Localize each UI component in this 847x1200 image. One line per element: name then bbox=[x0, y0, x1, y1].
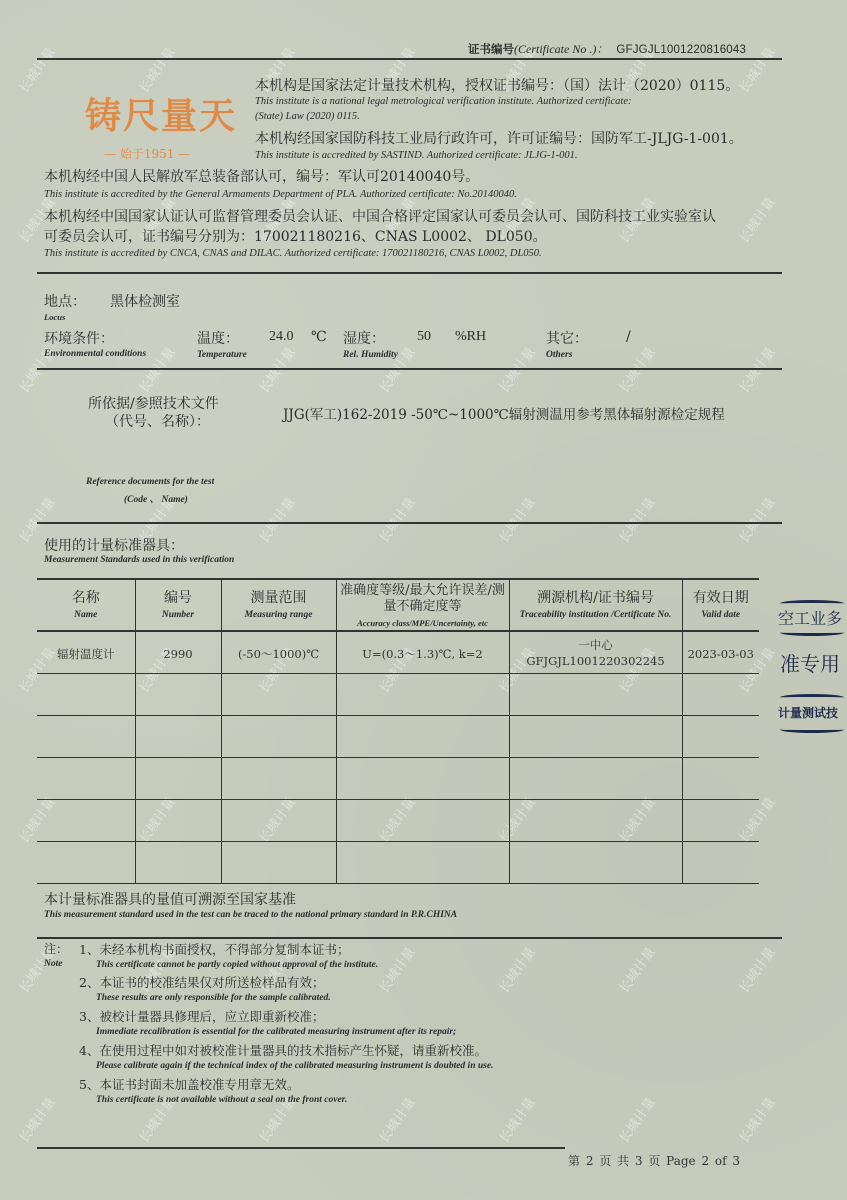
empty-cell bbox=[336, 842, 509, 884]
env-label-en: Environmental conditions bbox=[44, 349, 146, 359]
note-item: 5、本证书封面未加盖校准专用章无效。 bbox=[79, 1075, 299, 1093]
certificate-number-value: GFJGJL1001220816043 bbox=[616, 44, 746, 56]
watermark-text: 长城计量 bbox=[613, 1093, 658, 1147]
note-item: 3、被校计量器具修理后，应立即重新校准； bbox=[79, 1007, 324, 1025]
watermark-text: 长城计量 bbox=[733, 943, 778, 997]
seal-arc bbox=[780, 726, 844, 733]
others-value: / bbox=[626, 329, 631, 345]
cell-valid: 2023-03-03 bbox=[682, 631, 759, 674]
empty-cell bbox=[509, 716, 682, 758]
watermark-text: 长城计量 bbox=[373, 1093, 418, 1147]
accreditation-line3-cn: 本机构经中国人民解放军总装备部认可，编号：军认可20140040号。 bbox=[44, 166, 479, 186]
column-header-cn: 编号 bbox=[136, 590, 221, 607]
humidity-label: 湿度： bbox=[343, 328, 385, 348]
column-header-cn: 准确度等级/最大允许误差/测量不确定度等 bbox=[337, 583, 509, 615]
temperature-unit: ℃ bbox=[311, 329, 327, 345]
table-row-empty bbox=[37, 758, 759, 800]
calibration-seal: 空工业多 准专用 计量测试技 bbox=[778, 598, 847, 738]
accreditation-line1-en-a: This institute is a national legal metro… bbox=[255, 96, 632, 107]
watermark-text: 长城计量 bbox=[13, 1093, 58, 1147]
column-header-en: Accuracy class/MPE/Uncertainty, etc bbox=[337, 618, 509, 628]
certificate-label-en: (Certificate No .)： bbox=[514, 42, 608, 56]
table-header-row: 名称Name编号Number测量范围Measuring range准确度等级/最… bbox=[37, 579, 759, 631]
watermark-text: 长城计量 bbox=[613, 493, 658, 547]
seal-text-middle: 准专用 bbox=[780, 648, 840, 677]
empty-cell bbox=[682, 758, 759, 800]
accreditation-line1-cn: 本机构是国家法定计量技术机构，授权证书编号：（国）法计（2020）0115。 bbox=[255, 75, 739, 95]
header-divider bbox=[37, 58, 782, 60]
cell-number: 2990 bbox=[135, 631, 221, 674]
accreditation-line4-cn-a: 本机构经中国国家认证认可监督管理委员会认证、中国合格评定国家认可委员会认可、国防… bbox=[44, 206, 716, 226]
empty-cell bbox=[135, 674, 221, 716]
column-header-cn: 溯源机构/证书编号 bbox=[510, 590, 682, 607]
column-header: 有效日期Valid date bbox=[682, 579, 759, 631]
empty-cell bbox=[682, 674, 759, 716]
column-header: 准确度等级/最大允许误差/测量不确定度等Accuracy class/MPE/U… bbox=[336, 579, 509, 631]
table-row-empty bbox=[37, 842, 759, 884]
seal-text-top: 空工业多 bbox=[778, 606, 842, 629]
empty-cell bbox=[221, 842, 336, 884]
empty-cell bbox=[135, 758, 221, 800]
accreditation-line2-en: This institute is accredited by SASTIND.… bbox=[255, 150, 578, 161]
locus-label-en: Locus bbox=[44, 312, 65, 322]
reference-divider bbox=[37, 522, 782, 524]
empty-cell bbox=[37, 842, 135, 884]
page-indicator: 第 2 页 共 3 页 Page 2 of 3 bbox=[568, 1152, 740, 1169]
watermark-text: 长城计量 bbox=[253, 493, 298, 547]
locus-value: 黑体检测室 bbox=[110, 291, 180, 311]
column-header: 名称Name bbox=[37, 579, 135, 631]
cell-name-text: 辐射温度计 bbox=[57, 647, 115, 661]
traceability-statement-en: This measurement standard used in the te… bbox=[44, 910, 457, 920]
column-header-cn: 名称 bbox=[37, 590, 135, 607]
standards-title-en: Measurement Standards used in this verif… bbox=[44, 555, 234, 565]
empty-cell bbox=[135, 842, 221, 884]
column-header-cn: 测量范围 bbox=[222, 590, 336, 607]
institute-logo: 铸尺量天 bbox=[85, 88, 237, 139]
table-row: 辐射温度计2990(-50～1000)℃U=(0.3～1.3)℃, k=2一中心… bbox=[37, 631, 759, 674]
column-header-en: Name bbox=[37, 610, 135, 620]
empty-cell bbox=[221, 716, 336, 758]
traceability-divider bbox=[37, 937, 782, 939]
empty-cell bbox=[682, 716, 759, 758]
footer-divider bbox=[37, 1147, 565, 1149]
temperature-label: 温度： bbox=[197, 328, 239, 348]
accreditation-line4-en: This institute is accredited by CNCA, CN… bbox=[44, 248, 542, 259]
reference-label-en-a: Reference documents for the test bbox=[86, 477, 214, 487]
column-header-en: Number bbox=[136, 610, 221, 620]
temperature-value: 24.0 bbox=[269, 329, 294, 345]
table-row-empty bbox=[37, 716, 759, 758]
note-item: 1、未经本机构书面授权，不得部分复制本证书； bbox=[79, 940, 349, 958]
empty-cell bbox=[221, 800, 336, 842]
accreditation-line2-cn: 本机构经国家国防科技工业局行政许可，许可证编号：国防军工-JLJG-1-001。 bbox=[255, 128, 743, 148]
watermark-text: 长城计量 bbox=[733, 1093, 778, 1147]
note-item-en: These results are only responsible for t… bbox=[96, 993, 331, 1003]
column-header: 测量范围Measuring range bbox=[221, 579, 336, 631]
table-row-empty bbox=[37, 674, 759, 716]
humidity-value: 50 bbox=[417, 329, 431, 345]
note-item-en: This certificate cannot be partly copied… bbox=[96, 960, 378, 970]
traceability-statement: 本计量标准器具的量值可溯源至国家基准 bbox=[44, 889, 296, 909]
watermark-text: 长城计量 bbox=[373, 493, 418, 547]
traceability-institution: 一中心 bbox=[510, 637, 682, 653]
watermark-text: 长城计量 bbox=[613, 943, 658, 997]
others-label: 其它： bbox=[546, 328, 588, 348]
empty-cell bbox=[682, 842, 759, 884]
empty-cell bbox=[221, 674, 336, 716]
conditions-divider bbox=[37, 368, 782, 370]
cell-range-text: (-50～1000)℃ bbox=[238, 647, 319, 661]
env-label: 环境条件： bbox=[44, 328, 114, 348]
cell-range: (-50～1000)℃ bbox=[221, 631, 336, 674]
note-item: 2、本证书的校准结果仅对所送检样品有效； bbox=[79, 973, 324, 991]
note-item-en: Immediate recalibration is essential for… bbox=[96, 1027, 456, 1037]
humidity-unit: %RH bbox=[455, 329, 486, 345]
column-header: 溯源机构/证书编号Traceability institution /Certi… bbox=[509, 579, 682, 631]
note-item: 4、在使用过程中如对被校准计量器具的技术指标产生怀疑，请重新校准。 bbox=[79, 1041, 487, 1059]
empty-cell bbox=[135, 800, 221, 842]
certificate-number: 证书编号(Certificate No .)：GFJGJL10012208160… bbox=[468, 40, 746, 57]
watermark-text: 长城计量 bbox=[733, 493, 778, 547]
empty-cell bbox=[37, 800, 135, 842]
seal-arc bbox=[780, 694, 844, 701]
humidity-label-en: Rel. Humidity bbox=[343, 350, 398, 360]
note-item-en: Please calibrate again if the technical … bbox=[96, 1061, 493, 1071]
traceability-certificate: GFJGJL1001220302245 bbox=[510, 653, 682, 669]
empty-cell bbox=[336, 758, 509, 800]
note-item-en: This certificate is not available withou… bbox=[96, 1095, 347, 1105]
column-header: 编号Number bbox=[135, 579, 221, 631]
reference-label-b: （代号、名称）： bbox=[105, 411, 210, 431]
empty-cell bbox=[509, 800, 682, 842]
reference-label-a: 所依据/参照技术文件 bbox=[88, 393, 219, 413]
cell-accuracy-text: U=(0.3～1.3)℃, k=2 bbox=[362, 647, 482, 661]
notes-label-en: Note bbox=[44, 959, 62, 969]
cell-number-text: 2990 bbox=[163, 647, 192, 661]
empty-cell bbox=[509, 842, 682, 884]
column-header-en: Valid date bbox=[683, 610, 760, 620]
standards-title: 使用的计量标准器具： bbox=[44, 535, 184, 555]
empty-cell bbox=[135, 716, 221, 758]
watermark-text: 长城计量 bbox=[733, 193, 778, 247]
empty-cell bbox=[221, 758, 336, 800]
seal-arc bbox=[780, 629, 844, 636]
accreditation-line3-en: This institute is accredited by the Gene… bbox=[44, 189, 517, 200]
empty-cell bbox=[37, 674, 135, 716]
empty-cell bbox=[336, 716, 509, 758]
notes-label: 注： bbox=[44, 940, 68, 957]
column-header-en: Traceability institution /Certificate No… bbox=[510, 610, 682, 620]
watermark-text: 长城计量 bbox=[13, 43, 58, 97]
column-header-en: Measuring range bbox=[222, 610, 336, 620]
logo-subtitle: — 始于1951 — bbox=[104, 145, 190, 162]
empty-cell bbox=[509, 674, 682, 716]
measurement-standards-table: 名称Name编号Number测量范围Measuring range准确度等级/最… bbox=[37, 578, 759, 884]
others-label-en: Others bbox=[546, 350, 572, 360]
empty-cell bbox=[336, 800, 509, 842]
cell-name: 辐射温度计 bbox=[37, 631, 135, 674]
locus-label: 地点： bbox=[44, 291, 86, 311]
cell-trace: 一中心GFJGJL1001220302245 bbox=[509, 631, 682, 674]
watermark-text: 长城计量 bbox=[493, 1093, 538, 1147]
table-row-empty bbox=[37, 800, 759, 842]
certificate-label-cn: 证书编号 bbox=[468, 44, 514, 56]
empty-cell bbox=[336, 674, 509, 716]
empty-cell bbox=[682, 800, 759, 842]
empty-cell bbox=[509, 758, 682, 800]
watermark-text: 长城计量 bbox=[493, 943, 538, 997]
temperature-label-en: Temperature bbox=[197, 350, 247, 360]
accreditation-line4-cn-b: 可委员会认可，证书编号分别为：170021180216、CNAS L0002、 … bbox=[44, 226, 547, 246]
cell-valid-text: 2023-03-03 bbox=[688, 647, 754, 661]
column-header-cn: 有效日期 bbox=[683, 590, 760, 607]
reference-label-en-b: (Code 、 Name) bbox=[124, 491, 188, 505]
accreditation-divider bbox=[37, 272, 782, 274]
seal-text-bottom: 计量测试技 bbox=[778, 704, 838, 721]
reference-document-value: JJG(军工)162-2019 -50℃~1000℃辐射测温用参考黑体辐射源检定… bbox=[283, 403, 725, 423]
cell-accuracy: U=(0.3～1.3)℃, k=2 bbox=[336, 631, 509, 674]
watermark-text: 长城计量 bbox=[493, 493, 538, 547]
accreditation-line1-en-b: (State) Law (2020) 0115. bbox=[255, 111, 360, 122]
empty-cell bbox=[37, 758, 135, 800]
empty-cell bbox=[37, 716, 135, 758]
watermark-text: 长城计量 bbox=[373, 943, 418, 997]
